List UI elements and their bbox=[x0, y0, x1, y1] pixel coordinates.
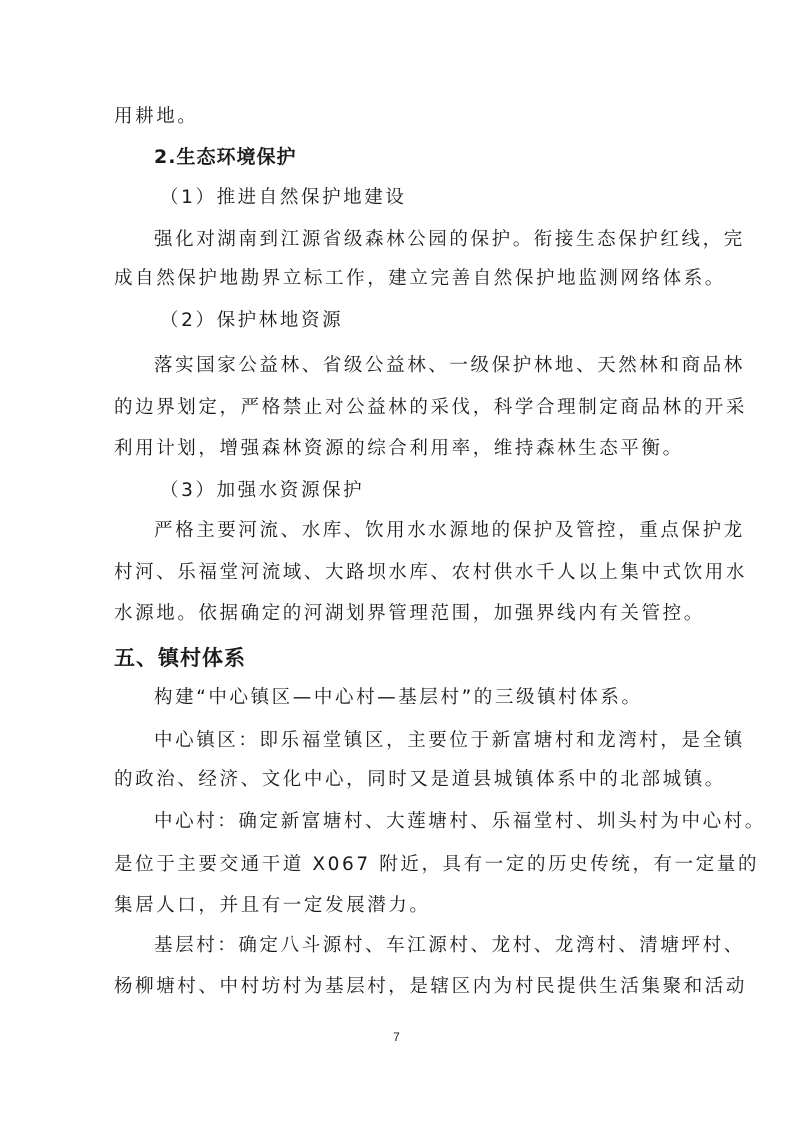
paragraph-line: 落实国家公益林、省级公益林、一级保护林地、天然林和商品林 bbox=[154, 354, 745, 378]
paragraph-line: 基层村：确定八斗源村、车江源村、龙村、龙湾村、清塘坪村、 bbox=[154, 934, 745, 958]
subheading-forest: （2）保护林地资源 bbox=[160, 309, 343, 333]
chapter-heading-town-village: 五、镇村体系 bbox=[114, 646, 246, 670]
paragraph-line: 村河、乐福堂河流域、大路坝水库、农村供水千人以上集中式饮用水 bbox=[114, 561, 747, 585]
section-heading-ecology: 2.生态环境保护 bbox=[154, 145, 296, 169]
page-number: 7 bbox=[0, 1030, 793, 1044]
paragraph-line: 水源地。依据确定的河湖划界管理范围，加强界线内有关管控。 bbox=[114, 602, 705, 626]
paragraph-line: 的边界划定，严格禁止对公益林的采伐，科学合理制定商品林的开采 bbox=[114, 396, 747, 420]
paragraph-line: 强化对湖南到江源省级森林公园的保护。衔接生态保护红线，完 bbox=[154, 228, 745, 252]
paragraph-line: 中心村：确定新富塘村、大莲塘村、乐福堂村、圳头村为中心村。 bbox=[154, 810, 766, 834]
paragraph-line: 成自然保护地勘界立标工作，建立完善自然保护地监测网络体系。 bbox=[114, 267, 726, 291]
paragraph-line: 构建“中心镇区—中心村—基层村”的三级镇村体系。 bbox=[154, 686, 643, 710]
paragraph-line: 杨柳塘村、中村坊村为基层村，是辖区内为村民提供生活集聚和活动 bbox=[114, 975, 747, 999]
paragraph-line: 集居人口，并且有一定发展潜力。 bbox=[114, 894, 431, 918]
subheading-nature-reserve: （1）推进自然保护地建设 bbox=[160, 186, 406, 210]
subheading-water: （3）加强水资源保护 bbox=[160, 479, 364, 503]
paragraph-line: 严格主要河流、水库、饮用水水源地的保护及管控，重点保护龙 bbox=[154, 519, 745, 543]
paragraph-continuation: 用耕地。 bbox=[114, 105, 198, 129]
paragraph-line: 中心镇区：即乐福堂镇区，主要位于新富塘村和龙湾村，是全镇 bbox=[154, 729, 745, 753]
paragraph-line: 是位于主要交通干道 X067 附近，具有一定的历史传统，有一定量的 bbox=[114, 853, 759, 877]
paragraph-line: 的政治、经济、文化中心，同时又是道县城镇体系中的北部城镇。 bbox=[114, 768, 726, 792]
paragraph-line: 利用计划，增强森林资源的综合利用率，维持森林生态平衡。 bbox=[114, 437, 684, 461]
